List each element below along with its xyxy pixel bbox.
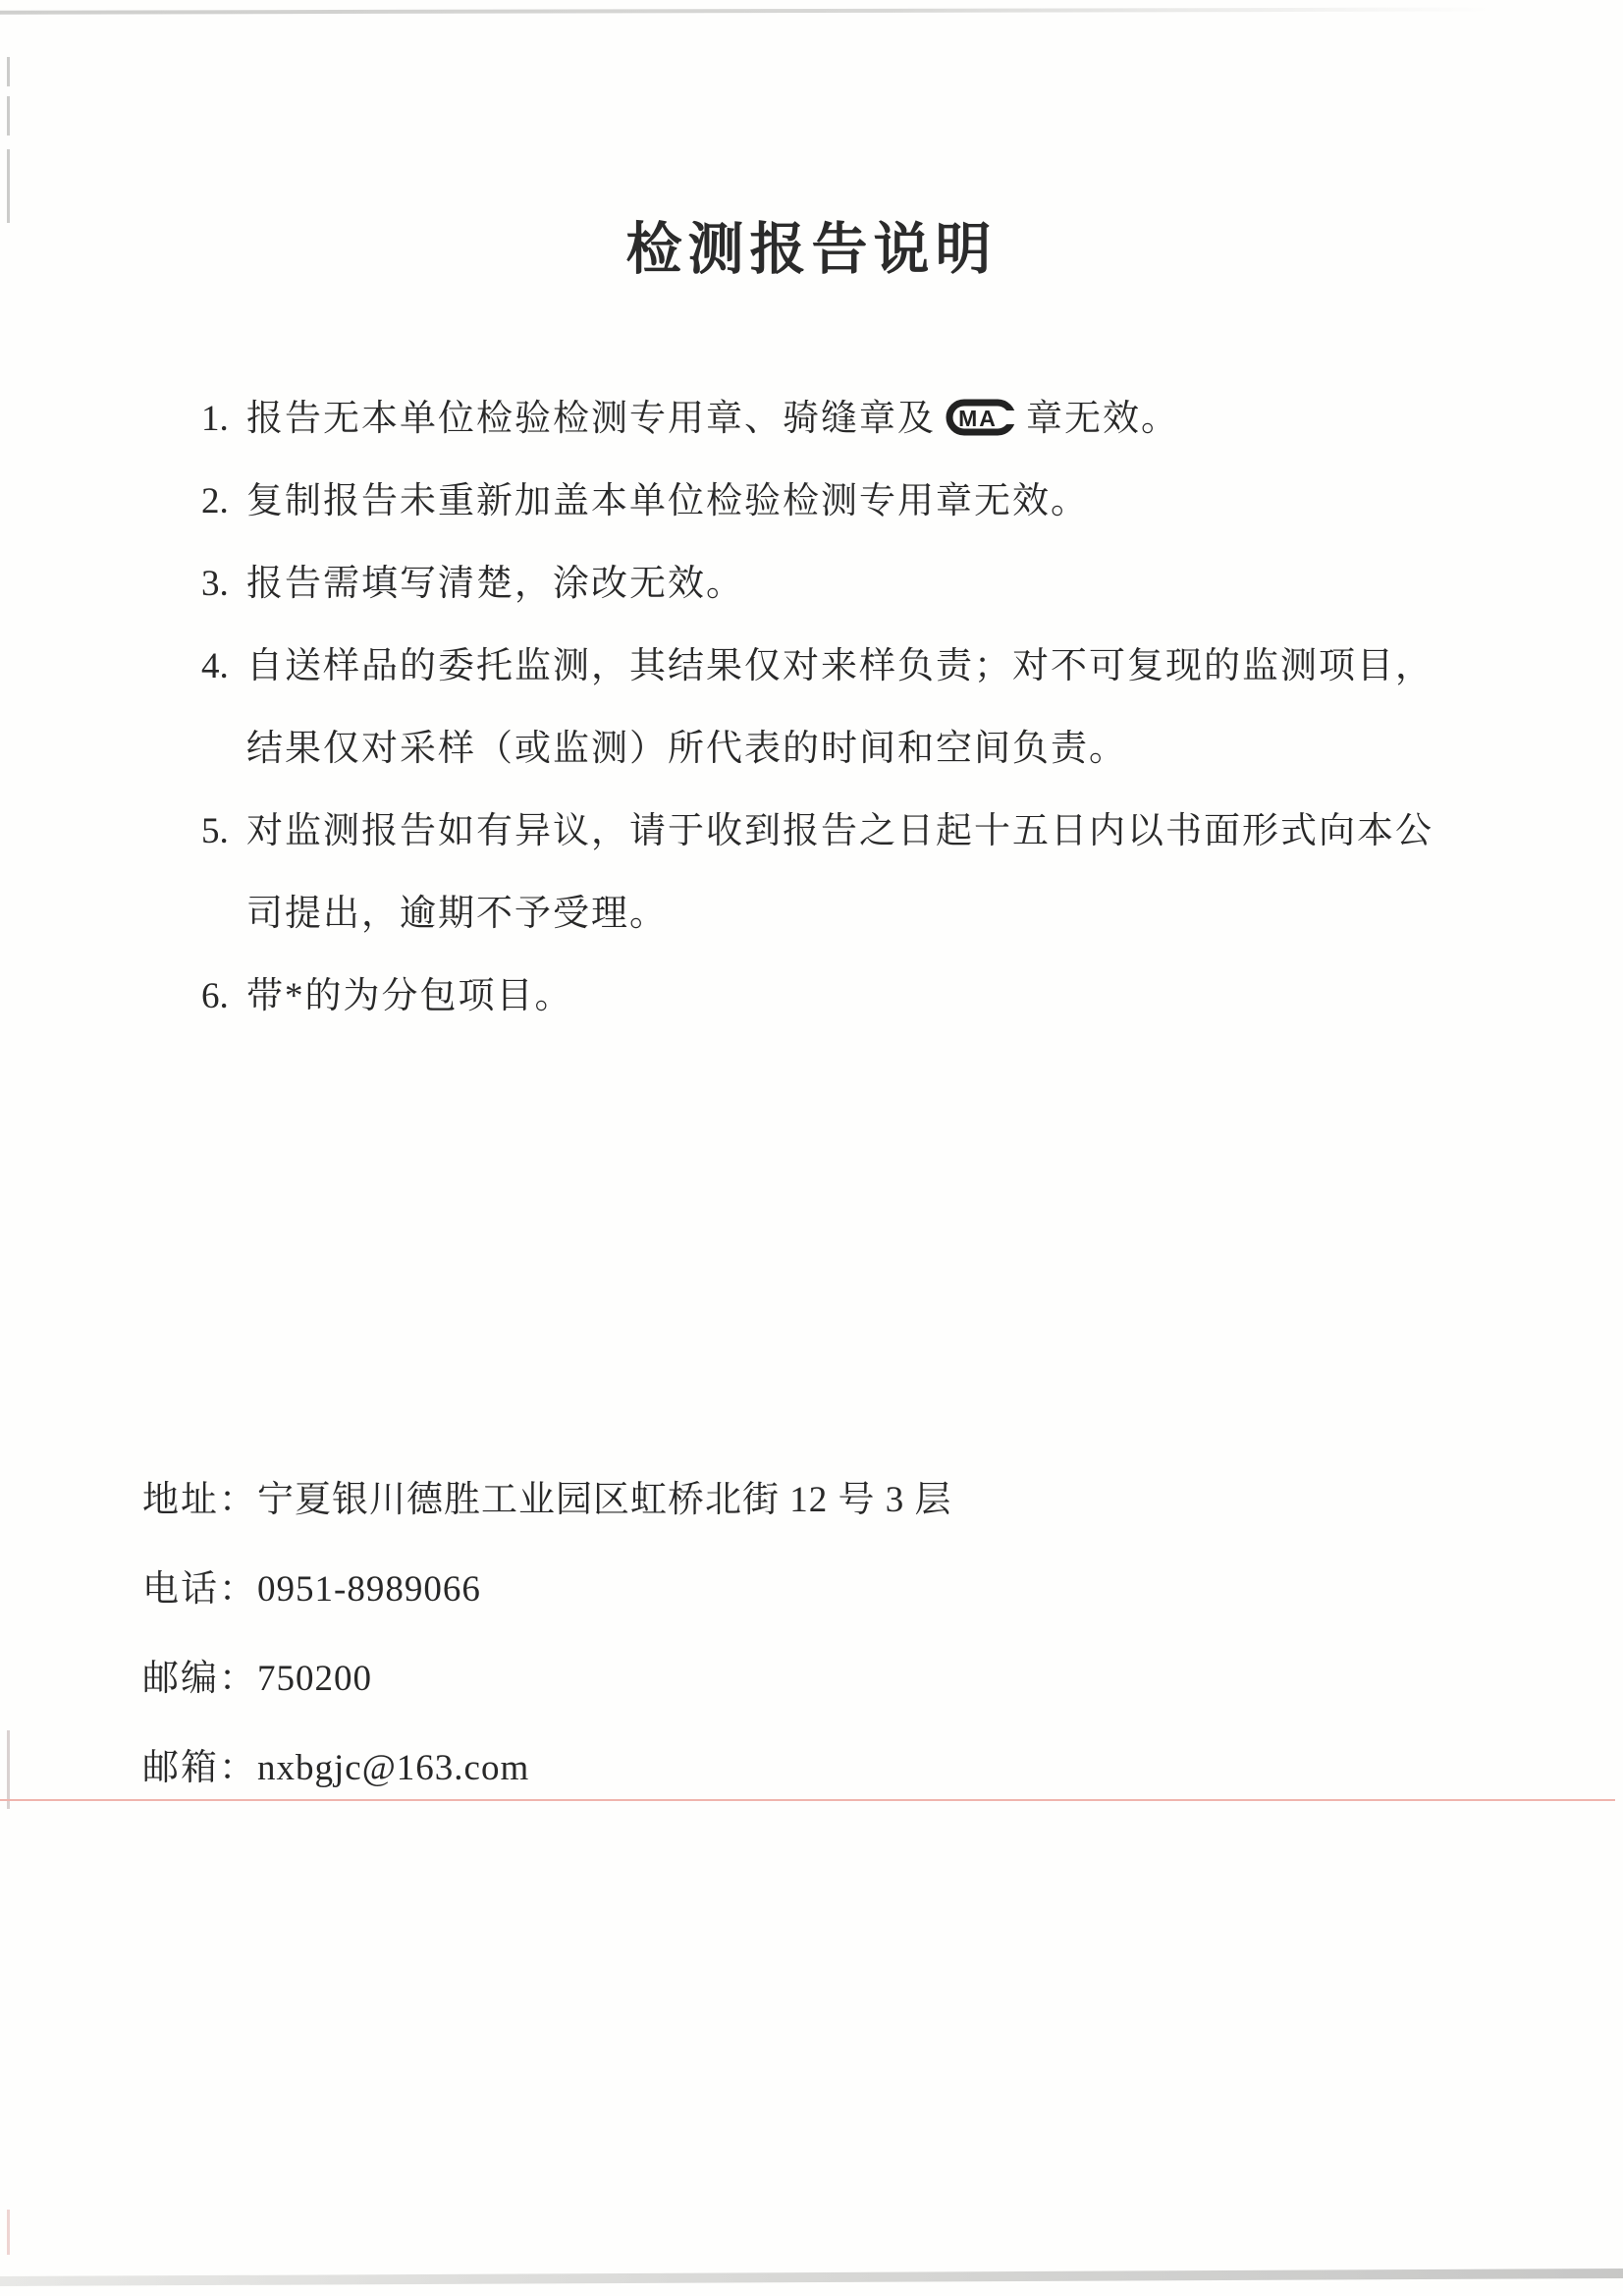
postcode-label: 邮编：	[142, 1659, 257, 1699]
contact-phone: 电话：0951-8989066	[142, 1545, 1222, 1634]
note-item-5-line-1: 5.对监测报告如有异议，请于收到报告之日起十五日内以书面形式向本公	[201, 791, 1468, 873]
contact-block: 地址：宁夏银川德胜工业园区虹桥北街 12 号 3 层 电话：0951-89890…	[142, 1455, 1222, 1813]
note-text: 结果仅对采样（或监测）所代表的时间和空间负责。	[246, 729, 1127, 769]
scan-left-edge-mark	[7, 1730, 10, 1809]
note-item-2: 2.复制报告未重新加盖本单位检验检测专用章无效。	[201, 461, 1468, 543]
note-number: 3.	[201, 543, 246, 626]
note-text: 报告无本单位检验检测专用章、骑缝章及	[246, 399, 936, 439]
note-item-4-line-1: 4.自送样品的委托监测，其结果仅对来样负责；对不可复现的监测项目，	[201, 626, 1468, 708]
email-label: 邮箱：	[142, 1748, 257, 1788]
note-text: 自送样品的委托监测，其结果仅对来样负责；对不可复现的监测项目，	[246, 646, 1434, 686]
address-label: 地址：	[142, 1480, 257, 1520]
page-title: 检测报告说明	[0, 204, 1623, 285]
note-item-5-line-2: 司提出，逾期不予受理。	[201, 873, 1468, 956]
pink-divider-line	[0, 1799, 1615, 1801]
note-text: 报告需填写清楚，涂改无效。	[246, 564, 744, 604]
phone-value: 0951-8989066	[257, 1569, 481, 1610]
cma-accreditation-icon: MA	[946, 385, 1016, 424]
note-number: 6.	[201, 956, 246, 1038]
note-number: 4.	[201, 626, 246, 708]
note-text: 章无效。	[1026, 399, 1179, 439]
note-item-6: 6.带*的为分包项目。	[201, 956, 1468, 1038]
scan-left-edge-mark	[7, 96, 10, 136]
svg-text:MA: MA	[958, 406, 998, 431]
report-notes-page: 检测报告说明 1.报告无本单位检验检测专用章、骑缝章及MA章无效。 2.复制报告…	[0, 0, 1623, 2296]
scan-bottom-edge-line	[0, 2269, 1623, 2286]
note-number: 5.	[201, 791, 246, 873]
note-number: 2.	[201, 461, 246, 543]
scan-top-edge-line	[0, 7, 1623, 14]
scan-left-edge-mark	[7, 2210, 10, 2255]
contact-address: 地址：宁夏银川德胜工业园区虹桥北街 12 号 3 层	[142, 1455, 1222, 1545]
note-text: 对监测报告如有异议，请于收到报告之日起十五日内以书面形式向本公	[246, 811, 1434, 851]
note-text: 带*的为分包项目。	[246, 976, 573, 1016]
scan-left-edge-mark	[7, 57, 10, 86]
note-text: 司提出，逾期不予受理。	[246, 894, 668, 934]
note-item-4-line-2: 结果仅对采样（或监测）所代表的时间和空间负责。	[201, 708, 1468, 791]
note-number: 1.	[201, 378, 246, 461]
note-item-1: 1.报告无本单位检验检测专用章、骑缝章及MA章无效。	[201, 378, 1468, 461]
address-value: 宁夏银川德胜工业园区虹桥北街 12 号 3 层	[257, 1480, 952, 1520]
contact-postcode: 邮编：750200	[142, 1634, 1222, 1723]
postcode-value: 750200	[257, 1659, 372, 1699]
email-value: nxbgjc@163.com	[257, 1748, 529, 1788]
notes-list: 1.报告无本单位检验检测专用章、骑缝章及MA章无效。 2.复制报告未重新加盖本单…	[201, 378, 1468, 1038]
note-text: 复制报告未重新加盖本单位检验检测专用章无效。	[246, 481, 1089, 521]
phone-label: 电话：	[142, 1569, 257, 1610]
note-item-3: 3.报告需填写清楚，涂改无效。	[201, 543, 1468, 626]
